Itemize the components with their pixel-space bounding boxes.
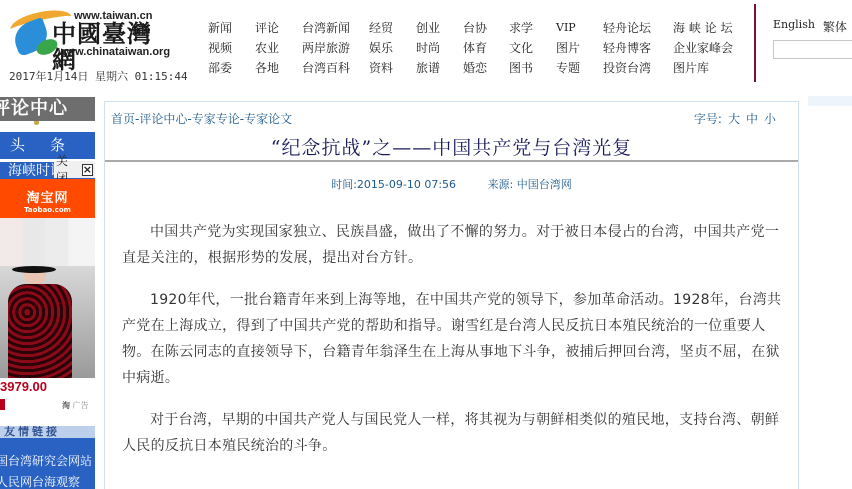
- article-paragraph: 1920年代，一批台籍青年来到上海等地，在中国共产党的领导下，参加革命活动。19…: [122, 287, 782, 391]
- nav-item-pictures[interactable]: 图片: [556, 39, 603, 56]
- english-link[interactable]: English: [773, 18, 815, 35]
- nav-item-entrepreneur-summit[interactable]: 企业家峰会: [673, 39, 743, 56]
- title-container: “纪念抗战”之——中国共产党与台湾光复: [105, 127, 798, 162]
- nav-item-photo-library[interactable]: 图片库: [673, 59, 743, 76]
- nav-row-1: 新闻 评论 台湾新闻 经贸 创业 台协 求学 VIP 轻舟论坛 海 峡 论 坛: [208, 17, 743, 37]
- site-logo[interactable]: www.taiwan.cn 中國臺灣網 www.chinataiwan.org: [8, 8, 168, 58]
- right-column-header: [808, 96, 852, 106]
- language-switcher: English 繁体: [773, 18, 847, 35]
- nav-item-commentary[interactable]: 评论: [255, 19, 302, 36]
- nav-item-vip[interactable]: VIP: [556, 21, 603, 34]
- friend-links-panel: 友情链接 国台湾研究会网站 人民网台海观察: [0, 426, 95, 489]
- friend-link-1[interactable]: 国台湾研究会网站: [0, 452, 92, 469]
- friend-links-heading: 友情链接: [0, 426, 95, 438]
- nav-item-sports[interactable]: 体育: [463, 39, 509, 56]
- nav-item-topics[interactable]: 专题: [556, 59, 603, 76]
- nav-item-culture[interactable]: 文化: [509, 39, 556, 56]
- main-nav: 新闻 评论 台湾新闻 经贸 创业 台协 求学 VIP 轻舟论坛 海 峡 论 坛 …: [208, 17, 743, 77]
- taobao-brand: 淘宝网: [0, 187, 95, 206]
- nav-item-taiwan-encyclopedia[interactable]: 台湾百科: [302, 59, 369, 76]
- sidebar-section-title: 评论中心: [0, 97, 95, 121]
- nav-item-genealogy[interactable]: 旅谱: [416, 59, 463, 76]
- article-source: 来源: 中国台湾网: [488, 178, 572, 191]
- article-panel: 首页-评论中心-专家专论-专家论文 字号: 大 中 小 “纪念抗战”之——中国共…: [104, 101, 799, 489]
- current-datetime: 2017年1月14日 星期六 01:15:44: [9, 68, 188, 84]
- ad-tag-icon: [0, 399, 5, 410]
- taobao-ad[interactable]: 淘宝网 Taobao.com 3979.00 淘 广告: [0, 179, 95, 426]
- close-icon: ×: [82, 164, 93, 176]
- headline-tab[interactable]: 头 条: [0, 132, 95, 159]
- breadcrumb-home[interactable]: 首页: [111, 112, 135, 126]
- breadcrumb-expert-papers[interactable]: 专家论文: [244, 112, 292, 126]
- breadcrumb-commentary-center[interactable]: 评论中心: [139, 112, 187, 126]
- friend-link-2[interactable]: 人民网台海观察: [0, 473, 80, 489]
- nav-item-taiwan-news[interactable]: 台湾新闻: [302, 19, 369, 36]
- sidebar-title-text: 评论中心: [0, 98, 68, 119]
- article-paragraph: 对于台湾，早期的中国共产党人与国民党人一样，将其视为与朝鲜相类似的殖民地，支持台…: [122, 407, 782, 459]
- traditional-chinese-link[interactable]: 繁体: [823, 18, 847, 35]
- coat-shape: [8, 284, 72, 378]
- nav-item-resources[interactable]: 资料: [369, 59, 416, 76]
- nav-item-startup[interactable]: 创业: [416, 19, 463, 36]
- nav-item-marriage[interactable]: 婚恋: [463, 59, 509, 76]
- nav-item-strait-forum[interactable]: 海 峡 论 坛: [673, 19, 743, 36]
- nav-item-agriculture[interactable]: 农业: [255, 39, 302, 56]
- header-divider: [754, 4, 756, 82]
- nav-item-qingzhou-forum[interactable]: 轻舟论坛: [603, 19, 673, 36]
- nav-item-economy[interactable]: 经贸: [369, 19, 416, 36]
- search-input[interactable]: [773, 40, 852, 59]
- nav-item-books[interactable]: 图书: [509, 59, 556, 76]
- nav-item-news[interactable]: 新闻: [208, 19, 255, 36]
- breadcrumb-expert-commentary[interactable]: 专家专论: [192, 112, 240, 126]
- headline-tab-char-1: 头: [10, 132, 25, 159]
- taobao-url: Taobao.com: [0, 206, 95, 214]
- font-size-medium[interactable]: 中: [746, 110, 758, 127]
- article-meta: 时间:2015-09-10 07:56 来源: 中国台湾网: [105, 176, 798, 192]
- nav-item-ministries[interactable]: 部委: [208, 59, 255, 76]
- taobao-mini-logo: 淘: [62, 401, 70, 410]
- close-ad-button[interactable]: 关闭 ×: [54, 161, 95, 178]
- article-paragraph: 中国共产党为实现国家独立、民族昌盛，做出了不懈的努力。对于被日本侵占的台湾，中国…: [122, 219, 782, 271]
- article-body: 中国共产党为实现国家独立、民族昌盛，做出了不懈的努力。对于被日本侵占的台湾，中国…: [122, 219, 782, 475]
- nav-item-qingzhou-blog[interactable]: 轻舟博客: [603, 39, 673, 56]
- nav-item-regions[interactable]: 各地: [255, 59, 302, 76]
- nav-row-2: 视频 农业 两岸旅游 娱乐 时尚 体育 文化 图片 轻舟博客 企业家峰会: [208, 37, 743, 57]
- font-size-switcher: 字号: 大 中 小: [694, 110, 776, 127]
- font-size-large[interactable]: 大: [728, 110, 740, 127]
- site-header: www.taiwan.cn 中國臺灣網 www.chinataiwan.org …: [0, 0, 852, 92]
- ad-price: 3979.00: [0, 379, 47, 394]
- ad-thumbnail-strip: [0, 218, 95, 266]
- left-sidebar: 评论中心 头 条 海峡时评 关闭 × 淘宝网 Taobao.com 3979.0…: [0, 97, 95, 489]
- nav-item-invest-taiwan[interactable]: 投资台湾: [603, 59, 673, 76]
- nav-item-fashion[interactable]: 时尚: [416, 39, 463, 56]
- title-pointer-icon: [34, 121, 39, 125]
- nav-item-study[interactable]: 求学: [509, 19, 556, 36]
- nav-item-cross-strait-travel[interactable]: 两岸旅游: [302, 39, 369, 56]
- publish-time: 时间:2015-09-10 07:56: [331, 178, 456, 191]
- nav-item-entertainment[interactable]: 娱乐: [369, 39, 416, 56]
- font-size-label: 字号:: [694, 110, 722, 127]
- nav-item-taixie[interactable]: 台协: [463, 19, 509, 36]
- article-title: “纪念抗战”之——中国共产党与台湾光复: [105, 127, 798, 169]
- ad-product-image: [0, 266, 95, 378]
- ad-price-area: 3979.00 淘 广告: [0, 378, 95, 426]
- ad-label-text: 广告: [73, 401, 89, 410]
- nav-item-video[interactable]: 视频: [208, 39, 255, 56]
- hat-shape: [12, 266, 56, 273]
- taobao-banner: 淘宝网 Taobao.com: [0, 179, 95, 218]
- logo-url-bottom: www.chinataiwan.org: [58, 46, 170, 58]
- breadcrumb: 首页-评论中心-专家专论-专家论文: [111, 110, 292, 127]
- ad-label: 淘 广告: [62, 400, 89, 411]
- nav-row-3: 部委 各地 台湾百科 资料 旅谱 婚恋 图书 专题 投资台湾 图片库: [208, 57, 743, 77]
- font-size-small[interactable]: 小: [764, 110, 776, 127]
